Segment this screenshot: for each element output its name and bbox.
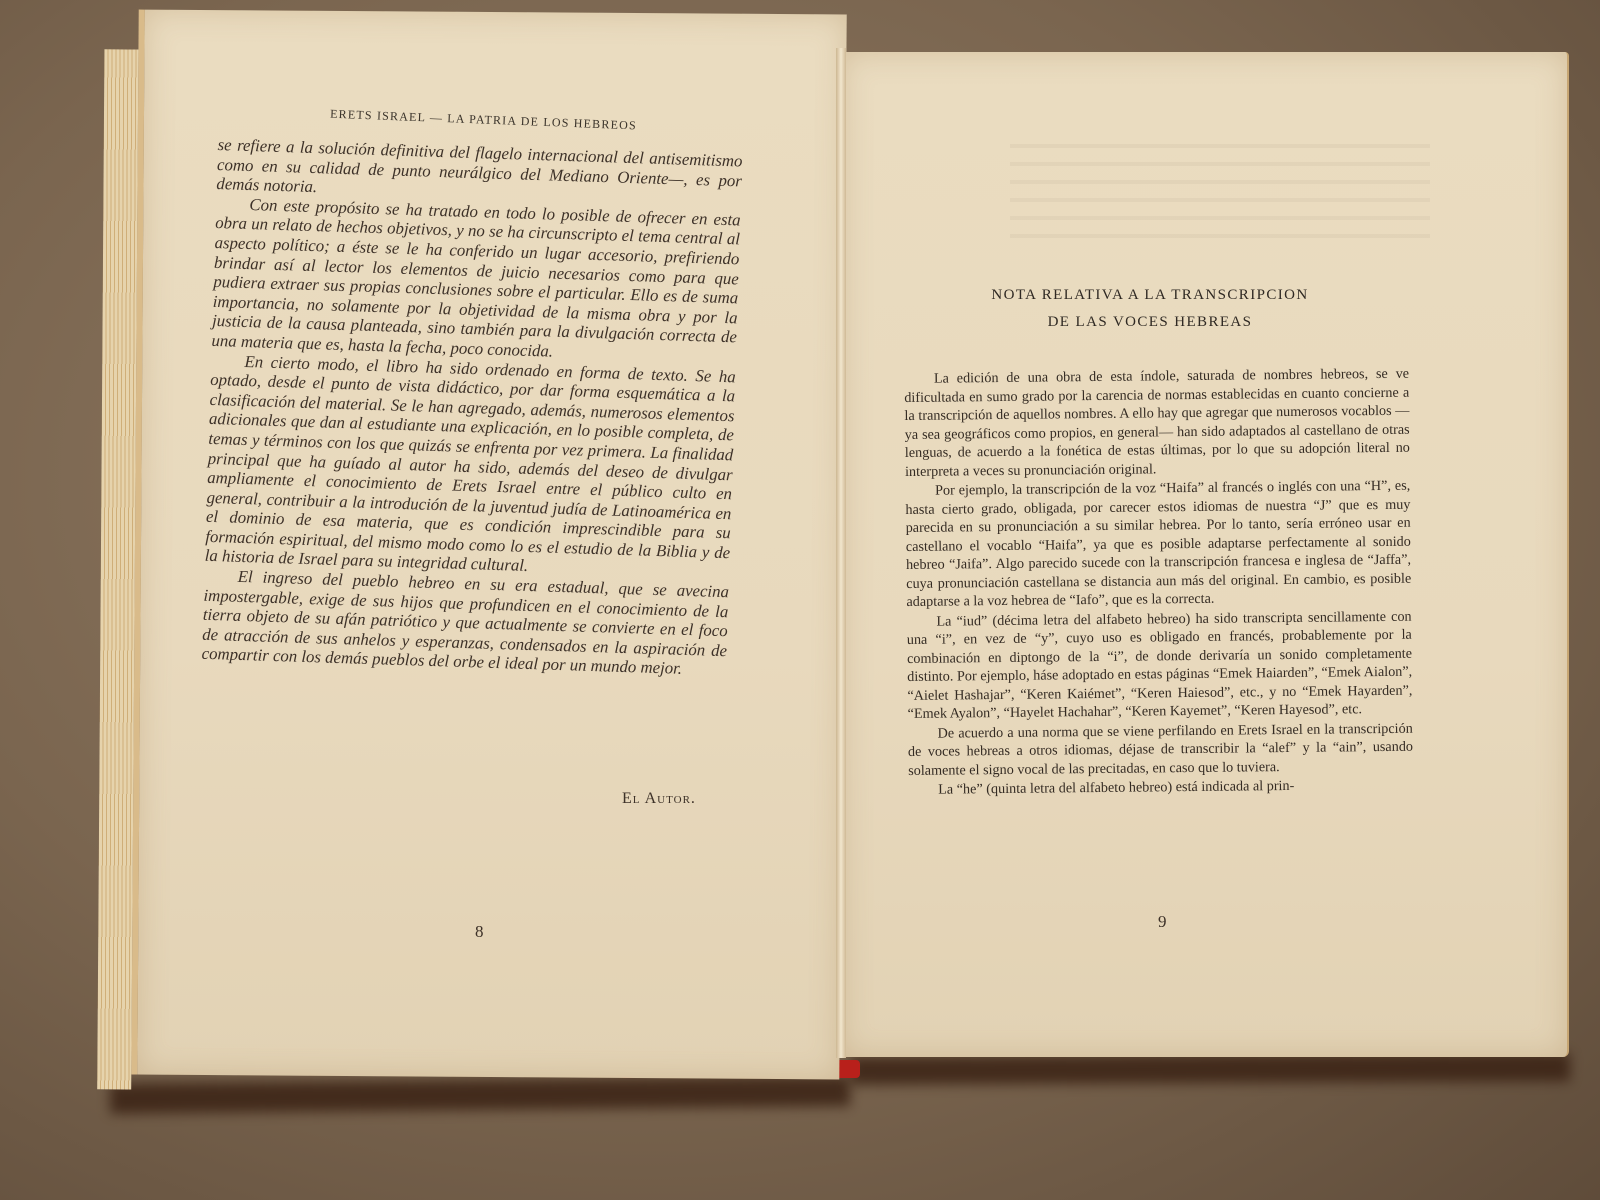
author-signature: El Autor. (622, 790, 696, 808)
paragraph: De acuerdo a una norma que se viene perf… (908, 719, 1414, 780)
page-number-left: 8 (475, 922, 484, 942)
paragraph: Con este propósito se ha tratado en todo… (211, 194, 741, 367)
book-gutter (836, 48, 846, 1058)
book-shadow-left (110, 1076, 850, 1114)
paragraph: El ingreso del pueblo hebreo en su era e… (201, 566, 729, 680)
chapter-title: NOTA RELATIVA A LA TRANSCRIPCION DE LAS … (930, 282, 1370, 336)
paragraph: En cierto modo, el libro ha sido ordenad… (204, 350, 736, 582)
left-page-body: se refiere a la solución definitiva del … (201, 135, 742, 680)
paragraph: La “he” (quinta letra del alfabeto hebre… (908, 776, 1413, 800)
show-through-text (1010, 130, 1430, 240)
paragraph: La edición de una obra de esta índole, s… (904, 365, 1410, 481)
paragraph: Por ejemplo, la transcripción de la voz … (905, 477, 1411, 612)
title-line-1: NOTA RELATIVA A LA TRANSCRIPCION (930, 282, 1370, 309)
paragraph: La “iud” (décima letra del alfabeto hebr… (907, 607, 1413, 723)
right-page-body: La edición de una obra de esta índole, s… (904, 365, 1413, 801)
book-shadow-right (850, 1053, 1570, 1085)
page-number-right: 9 (1158, 912, 1167, 932)
title-line-2: DE LAS VOCES HEBREAS (930, 309, 1370, 336)
